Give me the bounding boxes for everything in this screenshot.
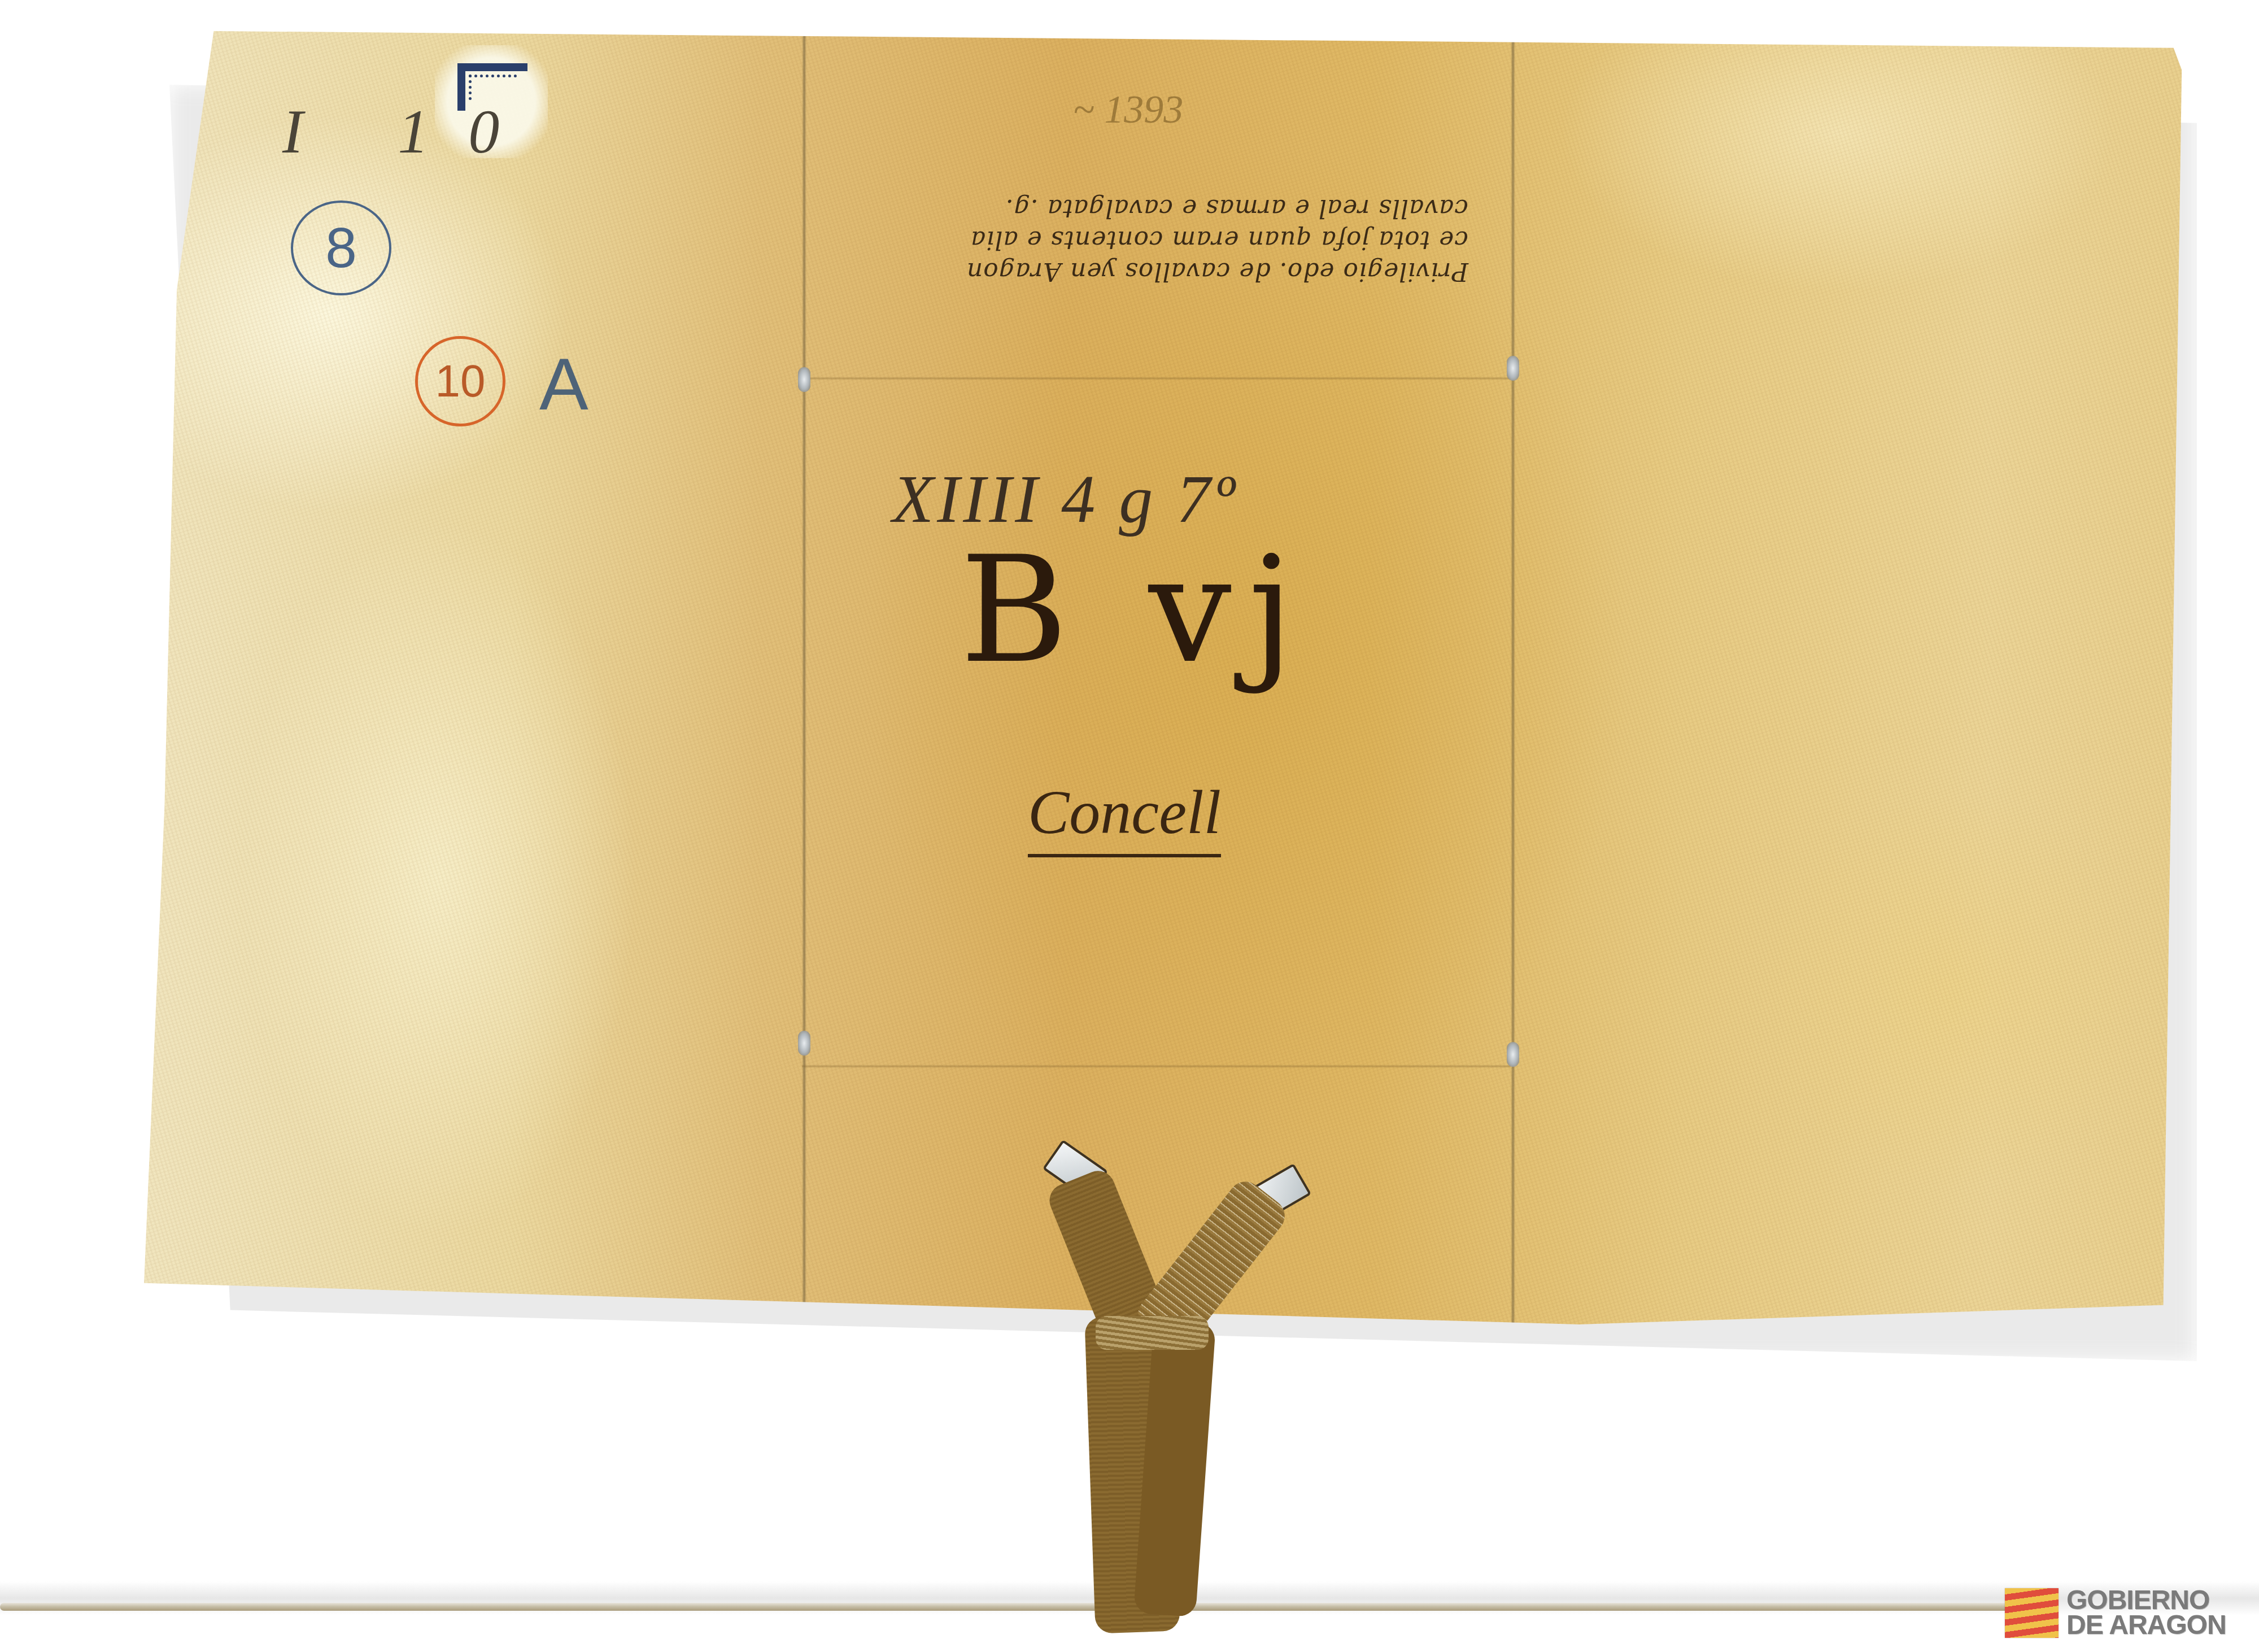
watermark-text: GOBIERNO DE ARAGON xyxy=(2066,1588,2226,1638)
document-scan: I 10 8 10 A ~ 1393 Privilegio edo. de ca… xyxy=(0,0,2259,1652)
fold-line-bottom xyxy=(802,1065,1511,1068)
fold-line-top xyxy=(802,377,1511,380)
stitch-hole xyxy=(1507,356,1519,381)
stitch-hole xyxy=(1507,1042,1519,1067)
watermark-line2: DE ARAGON xyxy=(2066,1613,2226,1638)
corner-note: I 10 xyxy=(282,96,539,168)
red-number: 10 xyxy=(435,355,486,407)
aragon-flag-icon xyxy=(2005,1588,2059,1638)
cord-binding-knot xyxy=(1096,1316,1209,1350)
blue-number: 8 xyxy=(325,216,357,281)
mounting-rod xyxy=(0,1603,2033,1611)
pencil-letter: A xyxy=(539,342,588,426)
manuscript-line: ce tota jofa quan eram contents e alia xyxy=(881,224,1468,255)
gobierno-aragon-watermark: GOBIERNO DE ARAGON xyxy=(2005,1588,2226,1638)
red-circled-number: 10 xyxy=(415,336,505,426)
large-mark: B vj xyxy=(960,525,1311,696)
stitch-hole xyxy=(798,367,810,392)
signature: Concell xyxy=(1028,777,1221,857)
manuscript-line: Privilegio edo. de cavallos yen Aragon xyxy=(881,255,1468,287)
manuscript-line: cavalls real e armas e cavalgata .g. xyxy=(881,192,1468,224)
stitch-hole xyxy=(798,1031,810,1056)
fold-line-left xyxy=(802,31,806,1324)
watermark-line1: GOBIERNO xyxy=(2066,1588,2226,1613)
blue-circled-number: 8 xyxy=(291,200,391,295)
faint-top-note: ~ 1393 xyxy=(1073,88,1183,133)
fold-line-right xyxy=(1511,31,1515,1324)
manuscript-endorsement: Privilegio edo. de cavallos yen Aragon c… xyxy=(881,192,1468,287)
